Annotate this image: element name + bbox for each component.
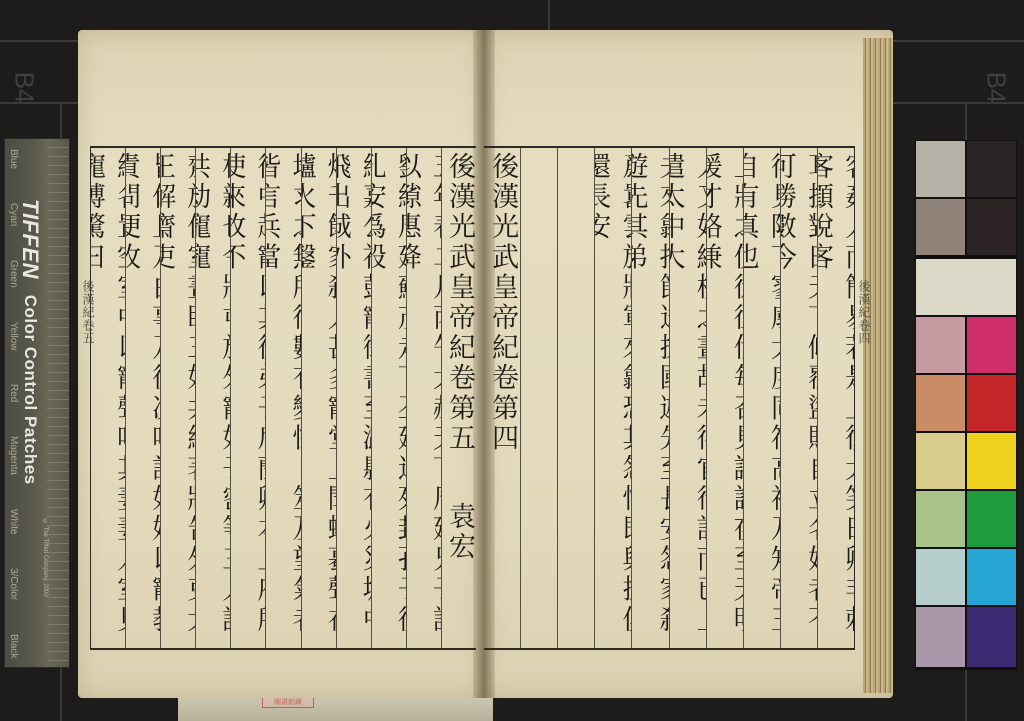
swatch-light-magenta [915, 316, 966, 374]
centimeter-ruler [47, 139, 69, 667]
underlying-paper [178, 696, 493, 721]
text-column: 夫來歙持節送援國遊先至長安怨家殺遊先其弟 [631, 148, 668, 648]
color-label: Black [7, 634, 19, 658]
text-column: 燔千餘家殺人甚多寵堂上聞蝦蟇聲在爐火下鑿 [301, 148, 336, 648]
swatch-light-cyan [915, 548, 966, 606]
color-label: Blue [7, 149, 19, 169]
text-column: 縛各置空室中以寵聲呼其妻妻入室見寵縛驚曰 [91, 148, 125, 648]
text-column: 爲囂雲旗將軍來歙恐其怨恨即與援俱還長安 [594, 148, 631, 648]
chapter-title: 後漢光武皇帝紀卷第五 [441, 152, 476, 454]
text-column: 齋於便室晝臥三奴共縛著牀告外吏大王解齋吏 [160, 148, 195, 648]
swatch-row [915, 432, 1017, 490]
text-column: 得見陛下寥廓大度同符高祖乃知帝王自有真也 [743, 148, 780, 648]
text-column: 紹嘉公初彭寵徵書至潞縣有火災城中飛出城外 [336, 148, 371, 648]
author-name: 袁宏 [441, 502, 476, 562]
swatch-light-yellow [915, 432, 966, 490]
tiffen-brand: TIFFEN Color Control Patches [19, 199, 43, 599]
text-column: 人又好縱橫之畫故未得官待詔而已上遣太中大 [669, 148, 706, 648]
swatch-blue [966, 606, 1017, 668]
text-column: 從中起寵以其從弟子后蘭卿本上府所使來故不 [230, 148, 265, 648]
swatch-row [915, 316, 1017, 374]
swatch-light-green [915, 490, 966, 548]
right-page-text-frame: 客姦人而簡易若是上復大笑曰卿非刺客顧說客 耳援對曰天下傾覆盜賊自立名姓者不可勝數… [484, 146, 855, 650]
swatch-white [915, 258, 1017, 316]
swatch-red [966, 374, 1017, 432]
library-stamp: 圖書館藏 [262, 697, 314, 708]
swatch-magenta [966, 316, 1017, 374]
background-grid-line [548, 0, 550, 30]
right-page-columns: 客姦人而簡易若是上復大笑曰卿非刺客顧說客 耳援對曰天下傾覆盜賊自立名姓者不可勝數… [484, 148, 854, 648]
swatch-row [915, 548, 1017, 606]
swatch-dark-brown [966, 198, 1017, 256]
swatch-gray-brown [915, 198, 966, 256]
right-margin-note: 後漢紀卷四 [856, 280, 873, 345]
swatch-light-blue [915, 606, 966, 668]
blank-column [557, 148, 594, 648]
tiffen-color-control-strip: Blue Cyan Green Yellow Red Magenta White… [4, 138, 70, 668]
chapter-end-title: 後漢光武皇帝紀卷第四 [484, 148, 520, 648]
swatch-row [915, 374, 1017, 432]
text-column: 五年春二月丙午大赦天下周建兄子誦以𨻶惠降 [406, 148, 441, 648]
chapter-title-column: 後漢光武皇帝紀卷第五 袁宏 [441, 148, 476, 648]
swatch-row [915, 140, 1017, 198]
tiffen-copyright: © The Tiffen Company, 2000 [42, 519, 48, 597]
text-column: 相親也令將屯於外寵奴子密等三人謀共劫寵寵 [195, 148, 230, 648]
page-edges [863, 38, 893, 693]
text-column: 耳援對曰天下傾覆盜賊自立名姓者不可勝數今 [780, 148, 817, 648]
color-swatch-card [915, 140, 1017, 670]
left-page-text-frame: 後漢光武皇帝紀卷第五 袁宏 五年春二月丙午大赦天下周建兄子誦以𨻶惠降 劉紆周建蘇… [90, 146, 476, 650]
background-label-left: B4 [8, 72, 39, 104]
swatch-light-red [915, 374, 966, 432]
swatch-green [966, 490, 1017, 548]
left-page-columns: 後漢光武皇帝紀卷第五 袁宏 五年春二月丙午大赦天下周建兄子誦以𨻶惠降 劉紆周建蘇… [91, 148, 476, 648]
swatch-black [966, 140, 1017, 198]
text-column: 地求之無所得數有變怪卜筮及望氣者皆言兵當 [265, 148, 300, 648]
swatch-row [915, 606, 1017, 668]
background-label-right: B4 [980, 72, 1011, 104]
swatch-row [915, 258, 1017, 316]
swatch-yellow [966, 432, 1017, 490]
text-column: 劉紆周建蘇茂走下丕建道死封孔子後孔安爲殷 [371, 148, 406, 648]
open-book: 後漢光武皇帝紀卷第五 袁宏 五年春二月丙午大赦天下周建兄子誦以𨻶惠降 劉紆周建蘇… [78, 30, 893, 698]
color-label: 3/Color [7, 568, 19, 600]
swatch-row [915, 490, 1017, 548]
left-margin-note: 後漢紀卷五 [80, 280, 97, 345]
blank-column [520, 148, 557, 648]
color-label: White [7, 509, 19, 535]
swatch-cyan [966, 548, 1017, 606]
text-column: 上壯之使從征伐每召見讌語夜至天明援才略兼 [706, 148, 743, 648]
tiffen-title: Color Control Patches [21, 295, 40, 485]
text-column: 皆休且乃白事乃從次呼諸奴婢以寵教責問便收 [125, 148, 160, 648]
swatch-row [915, 198, 1017, 256]
tiffen-logo: TIFFEN [18, 199, 43, 279]
swatch-light-gray [915, 140, 966, 198]
text-column: 客姦人而簡易若是上復大笑曰卿非刺客顧說客 [817, 148, 854, 648]
